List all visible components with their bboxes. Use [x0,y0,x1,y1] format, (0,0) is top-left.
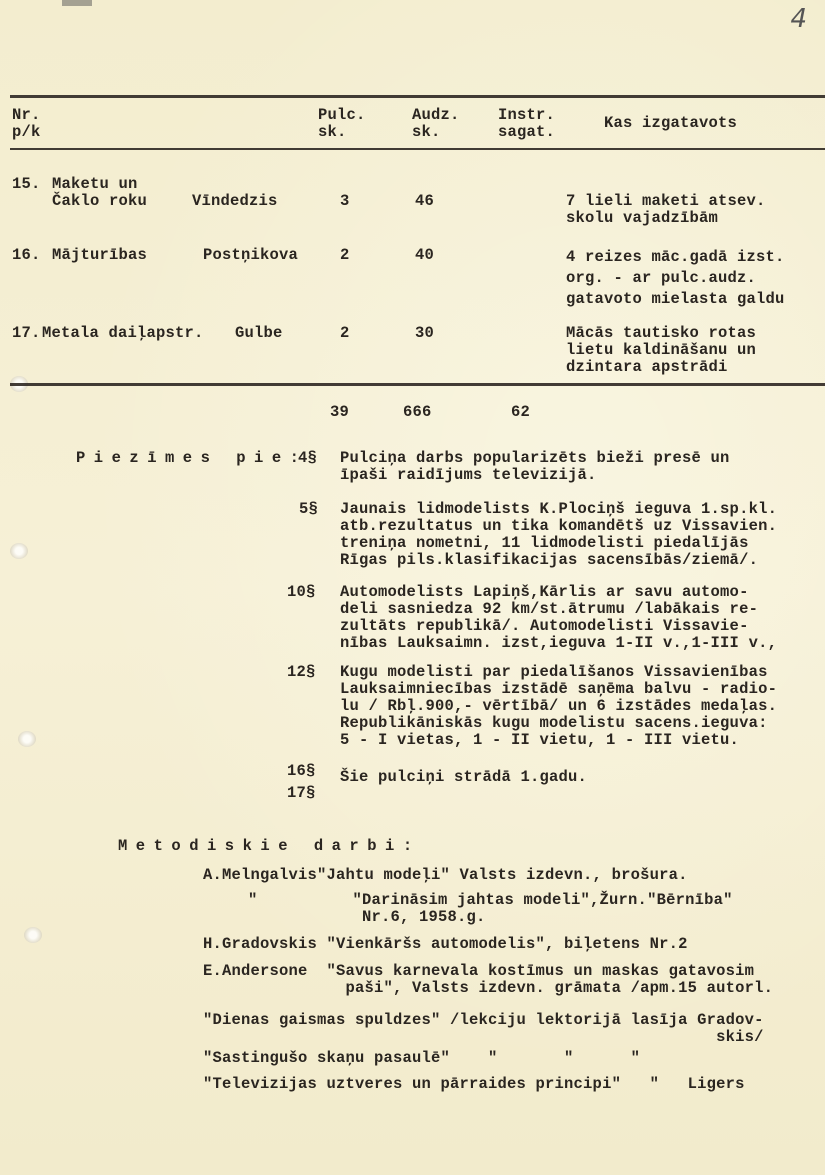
note-text: Jaunais lidmodelists K.Plociņš ieguva 1.… [340,501,777,569]
page-number: 4 [790,4,807,34]
total-instr: 62 [511,404,530,421]
punch-hole [24,927,42,943]
row-audz: 30 [415,325,434,342]
total-audz: 666 [403,404,432,421]
method-entry: E.Andersone "Savus karnevala kostīmus un… [203,963,773,997]
row-name: Metala daiļapstr. [42,325,204,342]
row-pulc: 2 [340,247,350,264]
row-leader: Vīndedzis [192,193,278,210]
row-nr: 16. [12,247,41,264]
note-ref: 5§ [299,501,318,518]
method-entry: " "Darināsim jahtas modeli",Žurn."Bērnīb… [248,892,733,926]
header-kas: Kas izgatavots [604,115,737,132]
note-text: Automodelists Lapiņš,Kārlis ar savu auto… [340,584,777,652]
row-name: Mājturības [52,247,147,264]
row-audz: 46 [415,193,434,210]
note-text: Kugu modelisti par piedalīšanos Vissavie… [340,664,777,749]
note-text: Šie pulciņi strādā 1.gadu. [340,769,587,786]
method-entry: "Televizijas uztveres un pārraides princ… [203,1076,745,1093]
row-pulc: 3 [340,193,350,210]
note-text: Pulciņa darbs popularizēts bieži presē u… [340,450,730,484]
row-name: Maketu un Čaklo roku [52,176,147,210]
row-kas: Mācās tautisko rotas lietu kaldināšanu u… [566,325,756,376]
scan-mark [62,0,92,6]
header-nr: Nr. p/k [12,107,41,141]
row-nr: 17. [12,325,41,342]
methods-heading: Metodiskie darbi: [118,838,421,855]
row-kas: 4 reizes māc.gadā izst. org. - ar pulc.a… [566,247,785,310]
header-pulc: Pulc. sk. [318,107,366,141]
note-ref: 12§ [287,664,316,681]
note-ref: 16§ 17§ [287,760,316,804]
method-entry: "Dienas gaismas spuldzes" /lekciju lekto… [203,1012,764,1046]
table-top-rule [10,95,825,98]
notes-heading: Piezīmes pie: [76,450,307,467]
row-nr: 15. [12,176,41,193]
note-ref: 10§ [287,584,316,601]
row-kas: 7 lieli maketi atsev. skolu vajadzībām [566,193,766,227]
row-audz: 40 [415,247,434,264]
method-entry: H.Gradovskis "Vienkāršs automodelis", bi… [203,936,688,953]
punch-hole [10,543,28,559]
method-entry: "Sastingušo skaņu pasaulē" " " " [203,1050,640,1067]
table-bottom-rule [10,383,825,386]
header-audz: Audz. sk. [412,107,460,141]
method-entry: A.Melngalvis"Jahtu modeļi" Valsts izdevn… [203,867,688,884]
note-ref: 4§ [298,450,317,467]
row-leader: Gulbe [235,325,283,342]
row-pulc: 2 [340,325,350,342]
table-header-rule [10,148,825,150]
header-instr: Instr. sagat. [498,107,555,141]
total-pulc: 39 [330,404,349,421]
punch-hole [18,731,36,747]
row-leader: Postņikova [203,247,298,264]
